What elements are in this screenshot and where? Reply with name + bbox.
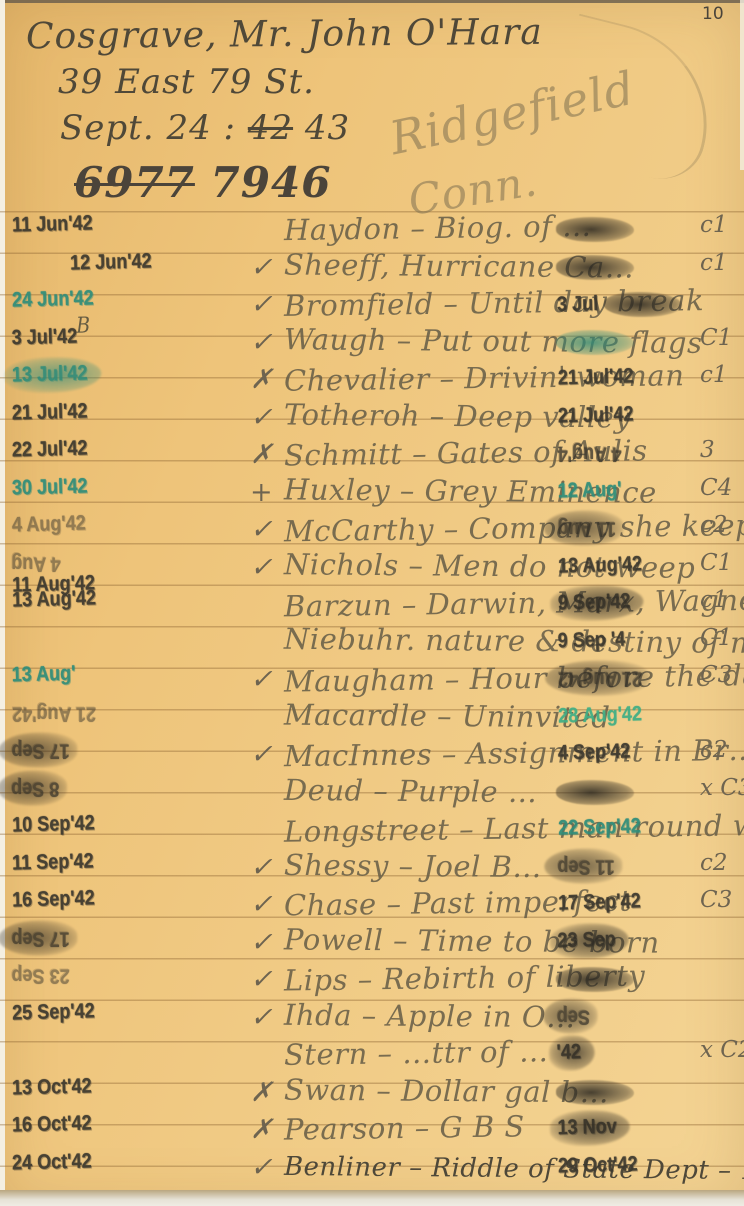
date-stamp: 29 Oct'42 [558,1152,638,1178]
book-entry-text: Waugh – Put out more flags [284,322,703,360]
charge-date-stamps: 11 Sep'42 [10,852,195,874]
charge-date-stamps: 24 Oct'42 [10,1152,195,1174]
charge-date-stamps: 16 Oct'42 [10,1114,195,1136]
book-entry-text: Barzun – Darwin, Marx, Wagner [284,583,744,624]
charge-date-stamps: 13 Aug' [10,664,195,686]
return-date-stamps: 23 Sep [556,930,617,952]
book-entry-text: Shessy – Joel B… [284,847,542,883]
charge-date-stamps: 13 Jul'42 [10,364,195,386]
date-stamp: 12 Jun'42 [70,249,152,275]
date-stamp: 4 Aug'42 [12,512,86,538]
check-mark: ✓ [250,964,273,995]
charge-date-stamps: 30 Jul'42 [10,477,195,499]
class-code: C4 [700,475,732,501]
date-stamp: 13 Oct'42 [12,1074,92,1100]
class-code: 3 [700,437,715,463]
date-stamp: 23 Sep [557,928,616,954]
check-mark: ✓ [250,889,273,920]
entry-row: 16 Oct'42✗Pearson – G B S13 Nov [0,1114,744,1152]
charge-date-stamps: 13 Oct'42 [10,1077,195,1099]
stamp-annotation: B [76,311,91,338]
date-stamp: 9 Sep '4 [557,628,625,654]
date-current: 43 [305,108,350,148]
return-date-stamps: 9 Sep '4 [556,630,627,652]
return-date-stamps: 28 Aug'42 [556,705,644,727]
borrower-name: Cosgrave, Mr. John O'Hara [26,12,543,58]
return-date-stamps: 21 Jul'42 [556,367,636,389]
date-stamp: 22 Sep'42 [558,815,641,841]
book-entry-text: Ihda – Apple in O… [284,997,576,1034]
charge-date-stamps: 3 Jul'42B [10,327,195,349]
return-date-stamps: 4 Aug'4 [556,442,623,464]
check-mark: ✓ [250,252,273,283]
entry-row: 11 Jun'42Haydon – Biog. of …c1 [0,214,744,252]
charge-date-stamps: 4 Aug'42 [10,514,195,536]
card-right-edge [740,0,744,170]
charge-date-stamps: 23 Sep [10,964,195,986]
return-date-stamps: '42 [556,1042,582,1064]
return-date-stamps: 17 Sep'42 [556,892,643,914]
ink-smudge [604,292,682,317]
card-bottom-edge [0,1190,744,1206]
date-stamp: 17 Sep'42 [558,890,641,916]
date-stamp: '42 [556,1041,581,1066]
charge-date-stamps: 21 Aug'42 [10,702,195,724]
entry-row: 13 Oct'42✗Swan – Dollar gal b… [0,1077,744,1115]
entry-row: 13 Aug'✓Maugham – Hour before the dawn21… [0,664,744,702]
account-number-current: 7946 [211,158,332,207]
book-entry-text: Pearson – G B S [284,1109,525,1146]
check-mark: ✓ [250,852,273,883]
date-stamp: Sep [557,1003,590,1027]
book-entry-text: Longstreet – Last man round world [284,807,744,848]
return-date-stamps [556,1080,634,1105]
ink-smudge [556,255,634,280]
entry-row: 16 Sep'42✓Chase – Past imperfect17 Sep'4… [0,889,744,927]
date-stamp: 28 Aug'42 [558,702,642,728]
return-date-stamps: 9 Sep'42 [556,592,632,614]
entries-list: 11 Jun'42Haydon – Biog. of …c112 Jun'42✓… [0,214,744,1189]
class-code: C1 [700,550,732,576]
return-date-stamps [556,217,634,242]
date-stamp: 21 Jul'42 [12,399,88,425]
date-stamp: 13 Aug' [11,662,75,688]
date-stamp: 10 Sep'42 [12,812,95,838]
borrower-address: 39 East 79 St. [58,62,315,102]
return-date-stamps: 11 Aug [556,517,618,539]
class-code: C3 [700,887,732,913]
account-number-struck: 6977 [74,158,195,207]
check-mark: + [250,477,273,508]
charge-date-stamps: 8 Sep [10,777,195,799]
date-stamp: 17 Sep [12,738,70,762]
date-stamp: 9 Sep'42 [558,590,631,616]
date-stamp: 21 Aug'42 [558,666,642,690]
check-mark: ✓ [250,289,273,320]
ink-smudge [556,967,634,992]
charge-date-stamps: 24 Jun'42 [10,289,195,311]
date-stamp: 16 Sep'42 [12,887,95,913]
book-entry-text: MacInnes – Assignment in Br… [284,733,744,774]
check-mark: ✗ [250,1077,273,1108]
date-stamp: 13 Aug'42 [12,587,96,613]
charge-date-stamps: 17 Sep [10,739,195,761]
check-mark: ✓ [250,514,273,545]
class-code: c1 [700,587,728,613]
class-code: C1 [700,625,732,651]
entry-row: 13 Aug'42Barzun – Darwin, Marx, Wagner9 … [0,589,744,627]
ink-smudge [556,330,634,355]
date-stamp: 22 Jul'42 [12,437,88,463]
date-stamp: 13 Jul'42 [12,362,88,388]
charge-date-stamps: 13 Aug'42 [10,589,195,611]
class-code: x C3 [700,775,744,801]
entry-row: Stern – …ttr of …'42x C2 [0,1039,744,1077]
ink-smudge [556,780,634,805]
date-stamp: 13 Nov [557,1115,617,1141]
date-stamp: 21 Aug'42 [12,700,96,724]
class-code: C3 [700,662,732,688]
return-date-stamps [556,330,634,355]
date-stamp: 4 Aug'4 [558,441,622,465]
return-date-stamps: 12 Aug' [556,480,623,502]
class-code: C1 [700,325,732,351]
book-entry-text: Benliner – Riddle of State Dept – 1 [284,1151,744,1185]
entry-row: 13 Jul'42✗Chevalier – Drivin' woman21 Ju… [0,364,744,402]
return-date-stamps: 21 Jul'42 [556,405,636,427]
entry-row: 17 Sep✓MacInnes – Assignment in Br…4 Sep… [0,739,744,777]
date-stamp: 3 Jul [557,292,599,317]
date-stamp: 12 Aug' [557,478,621,504]
ink-smudge [556,1080,634,1105]
ink-smudge [556,217,634,242]
check-mark: ✓ [250,327,273,358]
membership-date: Sept. 24 : 42 43 [60,108,350,148]
class-code: c2 [700,512,728,538]
return-date-stamps: 22 Sep'42 [556,817,643,839]
charge-date-stamps: 21 Jul'42 [10,402,195,424]
entry-row: Niebuhr. nature & destiny of man9 Sep '4… [0,627,744,665]
entry-row: 24 Jun'42✓Bromfield – Until day break3 J… [0,289,744,327]
entry-row: 24 Oct'42✓Benliner – Riddle of State Dep… [0,1152,744,1190]
date-stamp: 4 Aug [11,550,60,574]
return-date-stamps: 21 Aug'42 [556,667,644,689]
entry-row: 4 Aug'42✓McCarthy – Company she keeps11 … [0,514,744,552]
return-date-stamps [556,255,634,280]
check-mark: ✓ [250,552,273,583]
card-top-edge [0,0,744,3]
library-borrower-card: 10 Cosgrave, Mr. John O'Hara 39 East 79 … [0,0,744,1206]
charge-date-stamps: 25 Sep'42 [10,1002,195,1024]
entry-row: 25 Sep'42✓Ihda – Apple in O…Sep [0,1002,744,1040]
class-code: c1 [700,362,728,388]
check-mark: ✗ [250,364,273,395]
date-stamp: 30 Jul'42 [12,474,88,500]
entry-row: 8 SepDeud – Purple …x C3 [0,777,744,815]
check-mark: ✓ [250,1002,273,1033]
entry-row: 10 Sep'42Longstreet – Last man round wor… [0,814,744,852]
check-mark: ✓ [250,927,273,958]
return-date-stamps [556,967,634,992]
book-entry-text: Maugham – Hour before the dawn [284,657,744,698]
charge-date-stamps: 12 Jun'42 [10,252,195,274]
charge-date-stamps: 11 Jun'42 [10,214,195,236]
date-stamp: 16 Oct'42 [12,1112,92,1138]
check-mark: ✗ [250,1114,273,1145]
date-stamp: 23 Sep [12,963,70,987]
book-entry-text: Deud – Purple … [284,772,538,808]
return-date-stamps [556,780,634,805]
return-date-stamps: 13 Aug'42 [556,555,644,577]
book-entry-text: Stern – …ttr of … [284,1034,549,1072]
class-code: c2 [700,850,728,876]
charge-date-stamps: 10 Sep'42 [10,814,195,836]
date-stamp: 24 Oct'42 [12,1149,92,1175]
date-stamp: 21 Jul'42 [558,365,634,391]
check-mark: ✓ [250,402,273,433]
book-entry-text: McCarthy – Company she keeps [284,508,744,549]
charge-date-stamps: 17 Sep [10,927,195,949]
date-stamp: 8 Sep [11,775,59,799]
account-number: 6977 7946 [74,158,331,207]
return-date-stamps: 11 Sep [556,855,616,877]
entry-row: 23 Sep✓Lips – Rebirth of liberty [0,964,744,1002]
charge-date-stamps: 22 Jul'42 [10,439,195,461]
check-mark: ✓ [250,664,273,695]
check-mark: ✓ [250,739,273,770]
date-stamp: 13 Aug'42 [558,552,642,578]
return-date-stamps: 4 Sep'42 [556,742,632,764]
book-entry-text: Haydon – Biog. of … [284,209,592,247]
date-stamp: 17 Sep [12,925,70,949]
entry-row: 11 Sep'42✓Shessy – Joel B…11 Sepc2 [0,852,744,890]
date-stamp: 3 Jul'42B [11,325,77,351]
charge-date-stamps: 16 Sep'42 [10,889,195,911]
date-stamp: 11 Sep'42 [12,849,94,875]
book-entry-text: Niebuhr. nature & destiny of man [284,621,744,659]
entry-row: 22 Jul'42✗Schmitt – Gates of Aulis4 Aug'… [0,439,744,477]
class-code: c1 [700,212,728,238]
date-stamp: 4 Sep'42 [558,740,631,766]
class-code: x C2 [700,1037,744,1063]
date-stamp: 21 Jul'42 [558,402,634,428]
return-date-stamps: 3 Jul [556,292,682,317]
date-stamp: 25 Sep'42 [12,999,95,1025]
check-mark: ✗ [250,439,273,470]
class-code: c1 [700,250,728,276]
date-stamp: 11 Aug [558,516,617,540]
entry-row: 4 Aug11 Aug'42✓Nichols – Men do not weep… [0,552,744,590]
entry-row: 30 Jul'42+Huxley – Grey Eminence12 Aug'C… [0,477,744,515]
date-struck: 42 [248,108,293,148]
page-number: 10 [702,4,724,24]
date-stamp: 24 Jun'42 [12,287,94,313]
return-date-stamps: 29 Oct'42 [556,1155,640,1177]
check-mark: ✓ [250,1152,273,1183]
date-stamp: 11 Jun'42 [12,212,93,238]
return-date-stamps: Sep [556,1005,591,1027]
entry-row: 21 Aug'42Macardle – Uninvited28 Aug'42 [0,702,744,740]
class-code: c2 [700,737,728,763]
return-date-stamps: 13 Nov [556,1117,618,1139]
date-prefix: Sept. 24 : [60,108,236,148]
date-stamp: 11 Sep [558,853,615,877]
